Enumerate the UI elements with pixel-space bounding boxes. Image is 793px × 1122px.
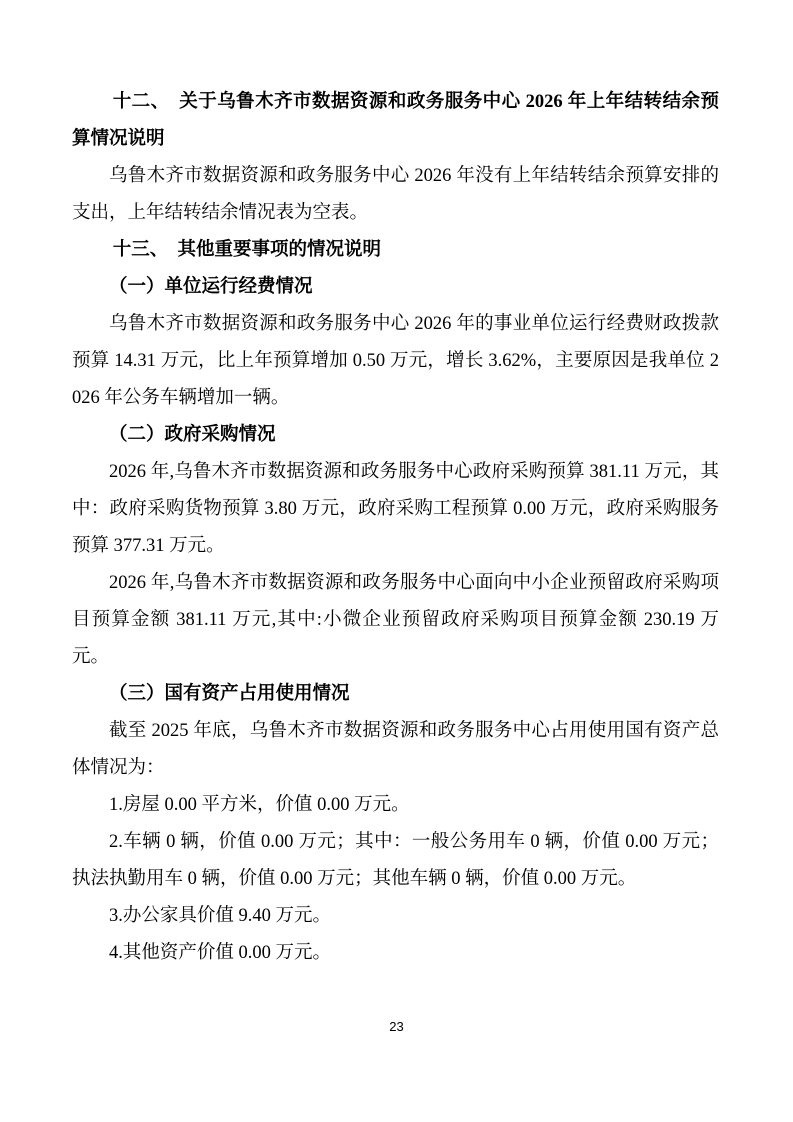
para-assets-item-furniture: 3.办公家具价值 9.40 万元。 xyxy=(72,898,719,935)
subheading-operating-expenses: （一）单位运行经费情况 xyxy=(72,269,719,306)
para-operating-expenses-body: 乌鲁木齐市数据资源和政务服务中心 2026 年的事业单位运行经费财政拨款预算 1… xyxy=(72,306,719,417)
subheading-government-procurement: （二）政府采购情况 xyxy=(72,417,719,454)
section-heading-other-important-matters: 十三、 其他重要事项的情况说明 xyxy=(72,232,719,269)
para-carryover-budget-body: 乌鲁木齐市数据资源和政务服务中心 2026 年没有上年结转结余预算安排的支出，上… xyxy=(72,158,719,232)
para-assets-overview-body: 截至 2025 年底，乌鲁木齐市数据资源和政务服务中心占用使用国有资产总体情况为… xyxy=(72,713,719,787)
para-assets-item-vehicles: 2.车辆 0 辆，价值 0.00 万元；其中：一般公务用车 0 辆，价值 0.0… xyxy=(72,824,719,898)
page-number: 23 xyxy=(0,1018,793,1036)
para-assets-item-other: 4.其他资产价值 0.00 万元。 xyxy=(72,935,719,972)
para-procurement-sme-reserve-body: 2026 年,乌鲁木齐市数据资源和政务服务中心面向中小企业预留政府采购项目预算金… xyxy=(72,565,719,676)
section-heading-carryover-budget: 十二、 关于乌鲁木齐市数据资源和政务服务中心 2026 年上年结转结余预算情况说… xyxy=(72,84,719,158)
subheading-state-owned-assets: （三）国有资产占用使用情况 xyxy=(72,676,719,713)
para-procurement-budget-body: 2026 年,乌鲁木齐市数据资源和政务服务中心政府采购预算 381.11 万元，… xyxy=(72,454,719,565)
document-page: 十二、 关于乌鲁木齐市数据资源和政务服务中心 2026 年上年结转结余预算情况说… xyxy=(0,0,793,1122)
para-assets-item-housing: 1.房屋 0.00 平方米，价值 0.00 万元。 xyxy=(72,787,719,824)
